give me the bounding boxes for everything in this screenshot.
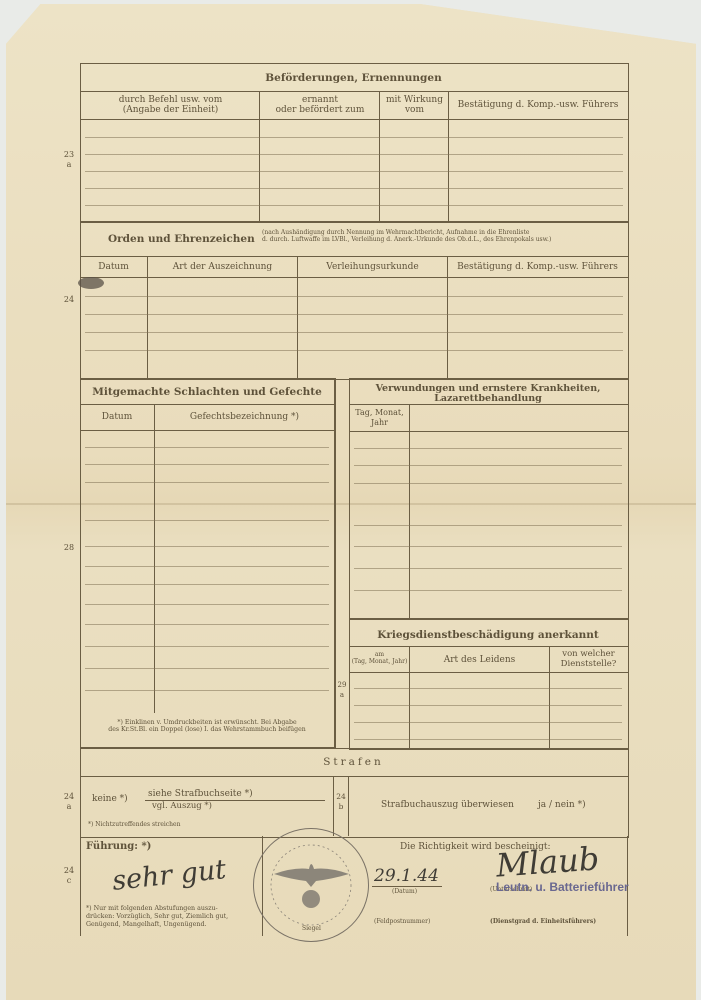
ruled-line <box>85 604 329 605</box>
ink-smudge <box>78 277 104 289</box>
signature: Mlaub <box>495 839 601 884</box>
ja-nein: ja / nein *) <box>538 800 586 810</box>
divider <box>80 430 335 431</box>
divider <box>349 646 628 647</box>
ruled-line <box>354 739 622 740</box>
war-damage-title: Kriegsdienstbeschädigung anerkannt <box>349 629 627 641</box>
ruled-line <box>85 137 623 138</box>
divider <box>448 92 449 221</box>
conduct-label: Führung: *) <box>86 841 151 852</box>
wounds-title: Verwundungen und ernstere Krankheiten,La… <box>349 384 627 404</box>
decorations-title: Orden und Ehrenzeichen <box>108 233 255 245</box>
rank-stamp: Leutn. u. Batterieführer <box>496 880 629 894</box>
divider <box>379 92 380 221</box>
ruled-line <box>85 690 329 691</box>
divider <box>80 91 628 92</box>
divider <box>80 277 628 278</box>
siehe-option: siehe Strafbuchseite *) <box>148 789 253 799</box>
ruled-line <box>354 525 622 526</box>
divider <box>80 776 628 777</box>
ruled-line <box>354 705 622 706</box>
ruled-line <box>85 188 623 189</box>
transfer-text: Strafbuchauszug überwiesen <box>381 800 514 810</box>
ruled-line <box>85 296 623 297</box>
col-header-art: Art der Auszeichnung <box>148 262 297 272</box>
divider <box>154 405 155 713</box>
rank-caption: (Dienstgrad d. Einheitsführers) <box>490 918 596 925</box>
penalties-title: Strafen <box>80 756 627 768</box>
battles-title: Mitgemachte Schlachten und Gefechte <box>80 386 334 398</box>
col-header-leiden: Art des Leidens <box>410 655 549 665</box>
ruled-line <box>354 722 622 723</box>
divider <box>80 836 81 936</box>
divider <box>259 92 260 221</box>
divider <box>447 257 448 378</box>
official-seal: Siegel <box>253 828 369 942</box>
col-header-bestaetigung: Bestätigung d. Komp.-usw. Führers <box>448 262 627 272</box>
ruled-line <box>85 350 623 351</box>
decorations-note: (nach Aushändigung durch Nennung im Wehr… <box>262 229 551 243</box>
ruled-line <box>85 314 623 315</box>
row-number: 24c <box>60 866 78 886</box>
strike-note: *) Nichtzutreffendes streichen <box>88 821 180 828</box>
col-header-datum: Datum <box>80 412 154 422</box>
divider <box>297 257 298 378</box>
row-number: 23a <box>60 150 78 170</box>
col-header-bestaetigung: Bestätigung d. Komp.-usw. Führers <box>449 100 627 110</box>
col-header-befehl: durch Befehl usw. vom(Angabe der Einheit… <box>82 95 259 115</box>
col-header-urkunde: Verleihungsurkunde <box>298 262 447 272</box>
keine-option: keine *) <box>92 794 128 804</box>
row-number: 24b <box>334 792 348 812</box>
divider <box>409 405 410 618</box>
ruled-line <box>85 646 329 647</box>
ruled-line <box>85 520 329 521</box>
ruled-line <box>85 584 329 585</box>
ruled-line <box>354 546 622 547</box>
date-caption: (Datum) <box>392 888 417 895</box>
row-number: 28 <box>60 543 78 553</box>
col-header-dienststelle: von welcherDienststelle? <box>550 649 627 669</box>
divider <box>80 404 335 405</box>
vgl-option: vgl. Auszug *) <box>152 801 212 811</box>
promotions-title: Beförderungen, Ernennungen <box>80 72 627 84</box>
ruled-line <box>85 546 329 547</box>
col-header-ernannt: ernanntoder befördert zum <box>261 95 379 115</box>
col-header-wirkung: mit Wirkungvom <box>381 95 448 115</box>
col-header-datum: Datum <box>80 262 147 272</box>
ruled-line <box>85 464 329 465</box>
divider <box>349 431 628 432</box>
ruled-line <box>85 624 329 625</box>
ruled-line <box>354 465 622 466</box>
ruled-line <box>85 154 623 155</box>
col-header-gefecht: Gefechtsbezeichnung *) <box>155 412 334 422</box>
ruled-line <box>85 171 623 172</box>
ruled-line <box>354 688 622 689</box>
divider <box>80 256 628 257</box>
divider <box>349 672 628 673</box>
ruled-line <box>85 482 329 483</box>
col-header-am: am(Tag, Monat, Jahr) <box>350 651 409 665</box>
row-number: 29a <box>335 680 349 700</box>
ruled-line <box>354 590 622 591</box>
ruled-line <box>354 483 622 484</box>
promotions-table <box>80 63 629 223</box>
seal-text: Siegel <box>302 925 321 932</box>
row-number: 24a <box>60 792 78 812</box>
date-handwritten: 29.1.44 <box>374 866 439 886</box>
divider <box>80 119 628 120</box>
ruled-line <box>354 568 622 569</box>
divider <box>147 257 148 378</box>
row-number: 24 <box>60 295 78 305</box>
ruled-line <box>85 332 623 333</box>
ruled-line <box>85 205 623 206</box>
date-line <box>372 886 442 887</box>
unit-caption: (Feldpostnummer) <box>374 918 430 925</box>
ruled-line <box>85 447 329 448</box>
conduct-note: *) Nur mit folgenden Abstufungen auszu-d… <box>86 905 228 929</box>
battles-table <box>80 378 336 748</box>
battles-footnote: *) Einklinen v. Umdruckbeiten ist erwüns… <box>85 719 329 733</box>
divider <box>348 777 349 836</box>
ruled-line <box>85 566 329 567</box>
col-header-datum: Tag, Monat,Jahr <box>350 408 409 428</box>
divider <box>349 404 628 405</box>
ruled-line <box>85 668 329 669</box>
ruled-line <box>354 448 622 449</box>
